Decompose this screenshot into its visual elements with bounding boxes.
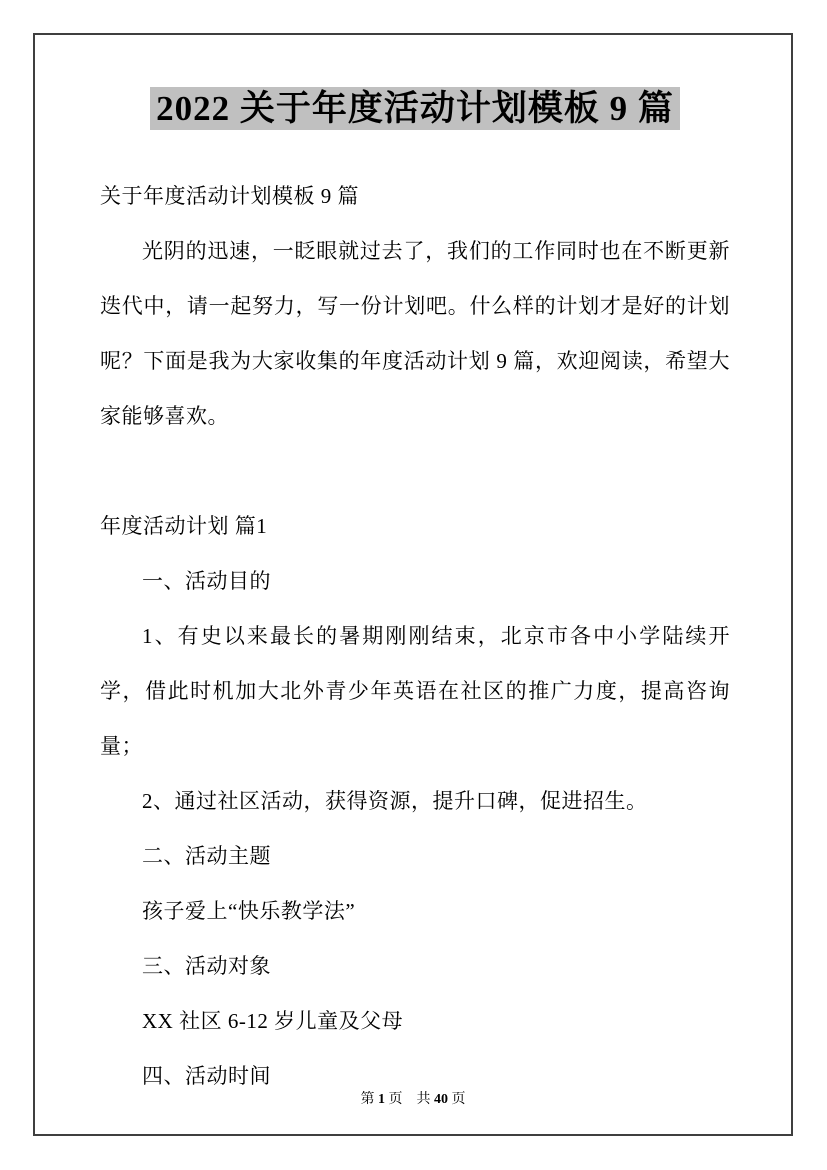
paragraph-heading-purpose: 一、活动目的 — [100, 554, 730, 609]
paragraph-intro: 光阴的迅速，一眨眼就过去了，我们的工作同时也在不断更新迭代中，请一起努力，写一份… — [100, 224, 730, 444]
footer-total-pages: 40 — [434, 1092, 448, 1107]
paragraph-purpose-item-1: 1、有史以来最长的暑期刚刚结束，北京市各中小学陆续开学，借此时机加大北外青少年英… — [100, 609, 730, 774]
paragraph-heading-theme: 二、活动主题 — [100, 829, 730, 884]
paragraph-heading-audience: 三、活动对象 — [100, 939, 730, 994]
paragraph-theme-text: 孩子爱上“快乐教学法” — [100, 884, 730, 939]
paragraph-section-heading: 年度活动计划 篇1 — [100, 499, 730, 554]
footer-total-word: 页 — [452, 1092, 466, 1107]
document-page: 2022 关于年度活动计划模板 9 篇 关于年度活动计划模板 9 篇 光阴的迅速… — [33, 33, 793, 1136]
footer-page-number: 1 — [378, 1092, 385, 1107]
footer-total-prefix: 共 — [417, 1092, 431, 1107]
page-content: 2022 关于年度活动计划模板 9 篇 关于年度活动计划模板 9 篇 光阴的迅速… — [100, 35, 730, 1104]
footer-page-prefix: 第 — [361, 1092, 375, 1107]
page-title: 2022 关于年度活动计划模板 9 篇 — [100, 85, 730, 133]
paragraph-subtitle: 关于年度活动计划模板 9 篇 — [100, 169, 730, 224]
paragraph-audience-text: XX 社区 6-12 岁儿童及父母 — [100, 994, 730, 1049]
title-highlight: 2022 关于年度活动计划模板 9 篇 — [150, 87, 680, 130]
screenshot-canvas: 2022 关于年度活动计划模板 9 篇 关于年度活动计划模板 9 篇 光阴的迅速… — [0, 0, 827, 1170]
footer-page-word: 页 — [389, 1092, 403, 1107]
paragraph-purpose-item-2: 2、通过社区活动，获得资源，提升口碑，促进招生。 — [100, 774, 730, 829]
page-footer: 第 1 页共 40 页 — [35, 1088, 791, 1108]
